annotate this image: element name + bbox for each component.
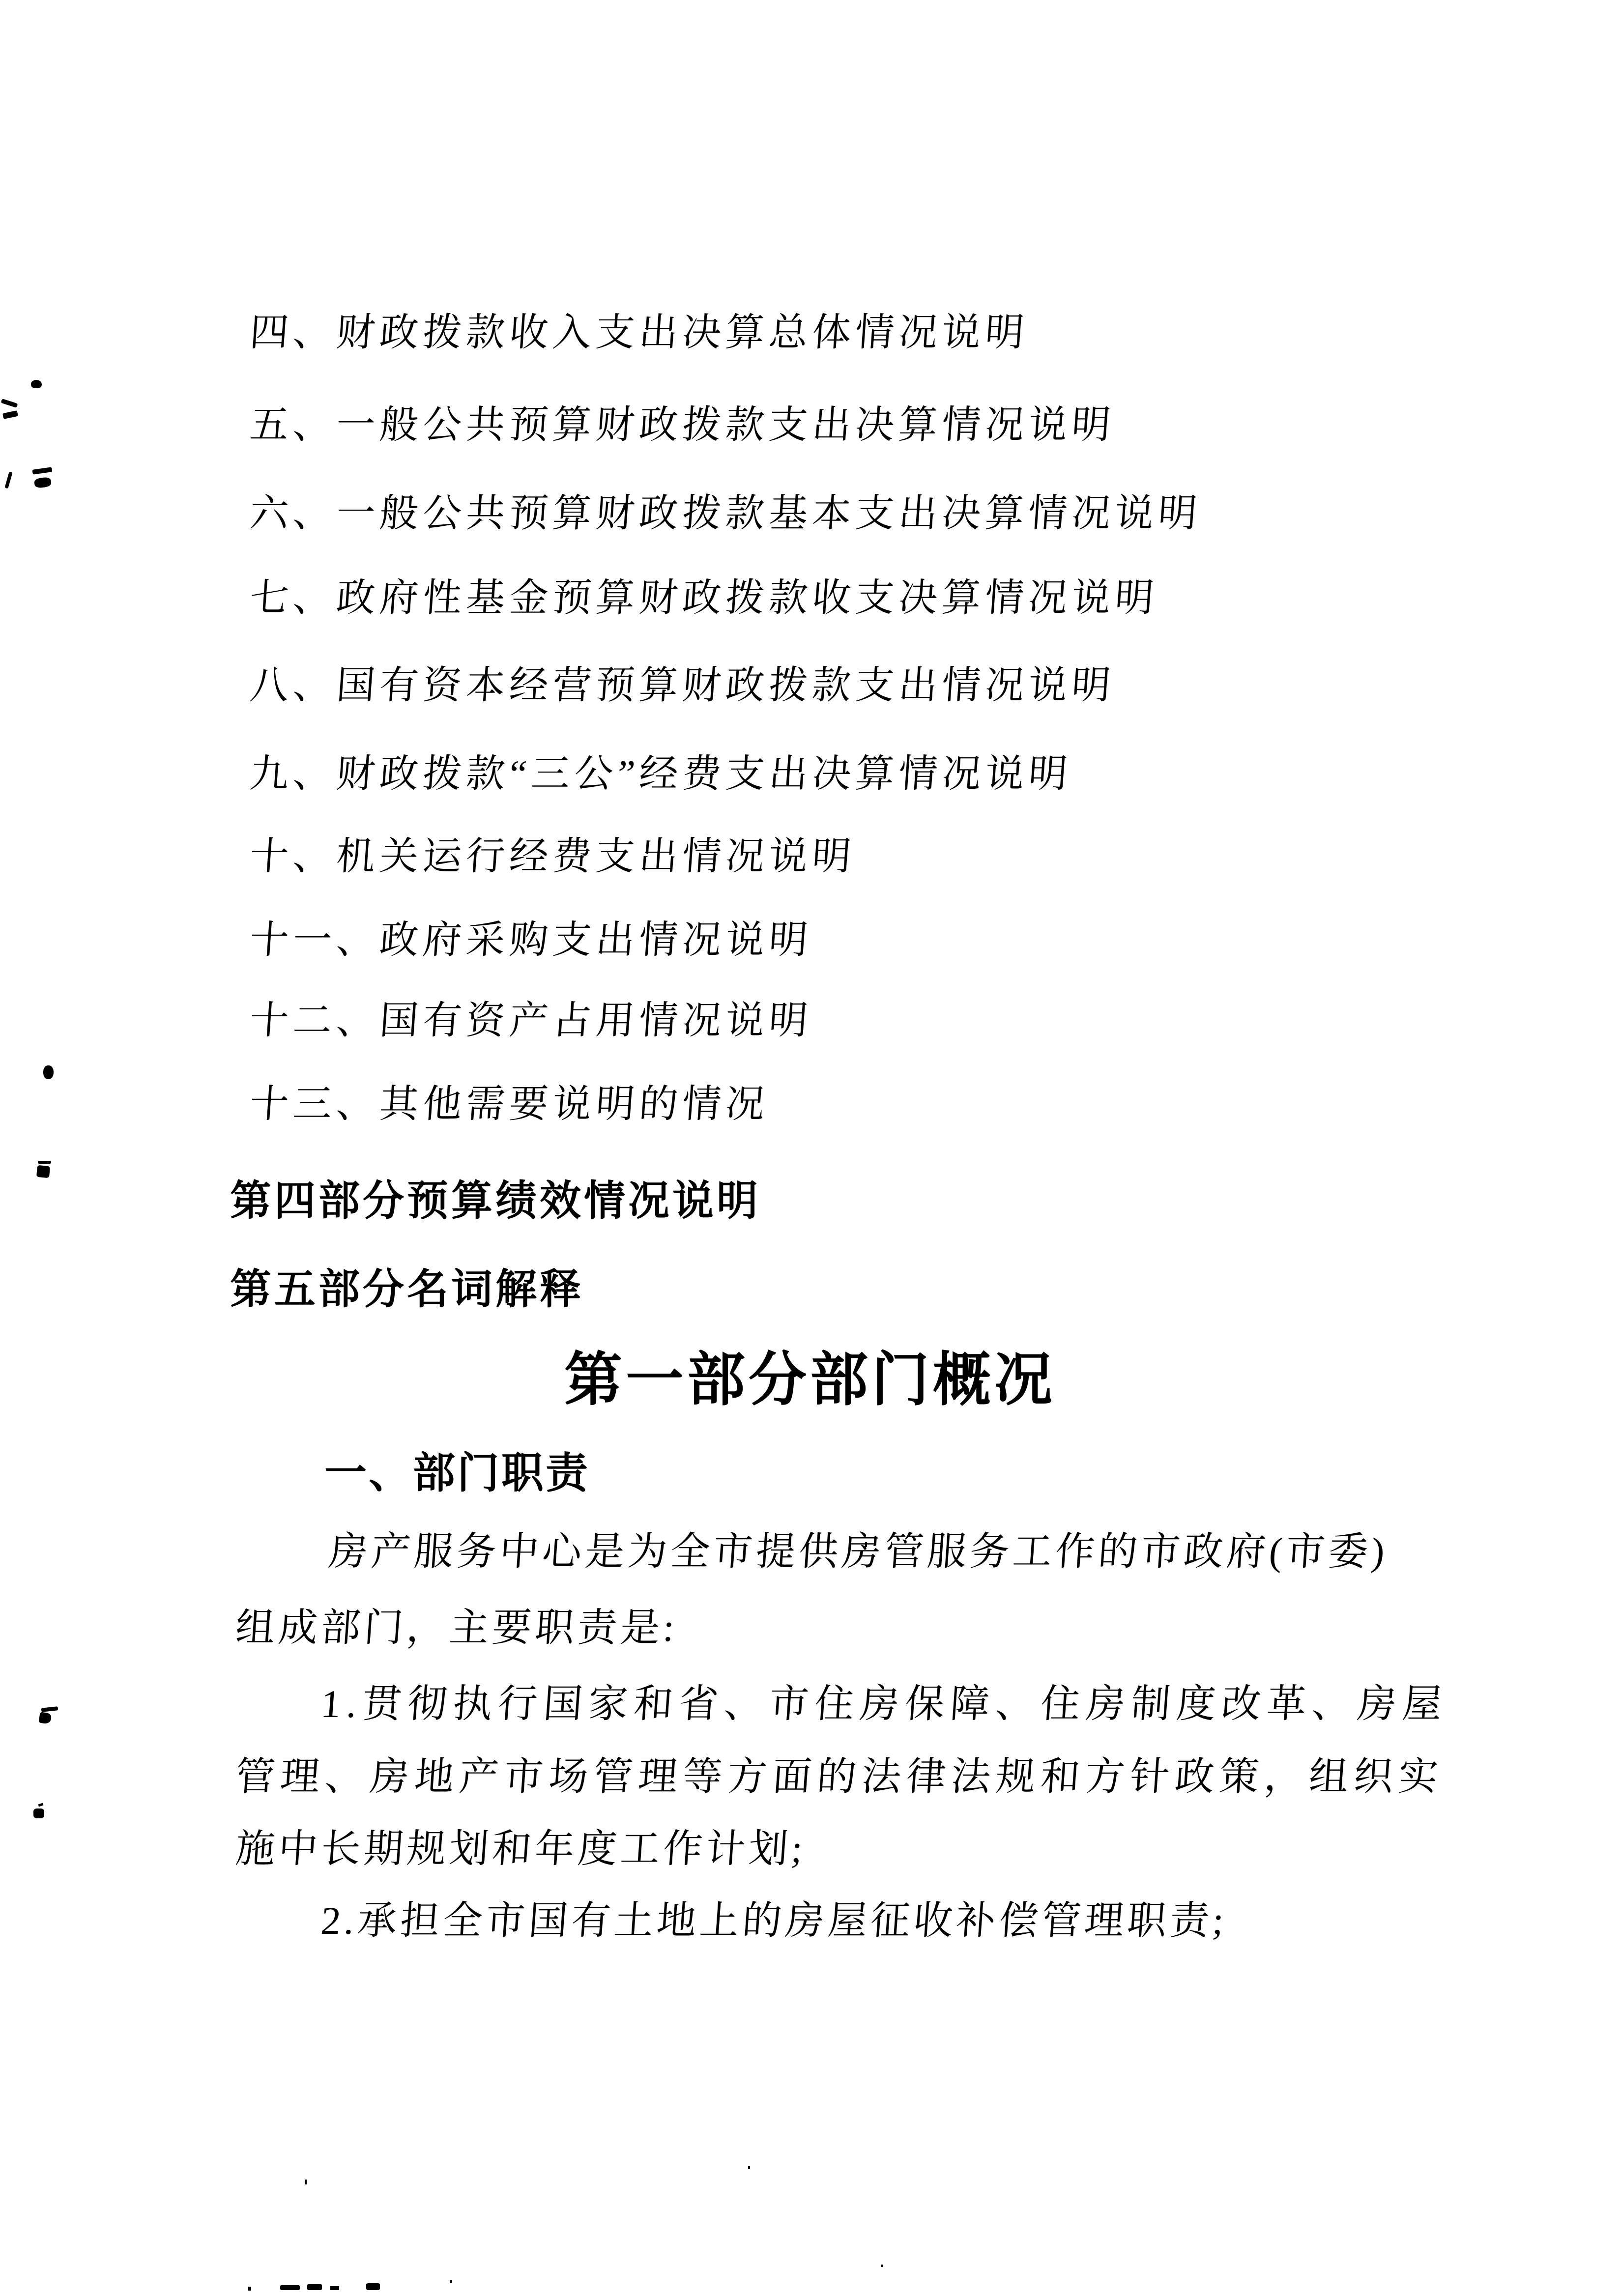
scan-artifact — [865, 1542, 867, 1547]
scan-artifact — [748, 2166, 750, 2169]
paragraph-line: 2.承担全市国有土地上的房屋征收补偿管理职责; — [319, 1889, 1229, 1945]
toc-item-5: 五、一般公共预算财政拨款支出决算情况说明 — [248, 393, 1117, 449]
toc-item-9: 九、财政拨款“三公”经费支出决算情况说明 — [248, 742, 1074, 798]
paragraph-line: 组成部门，主要职责是: — [234, 1596, 680, 1652]
scan-artifact — [0, 399, 18, 408]
scan-artifact — [43, 1065, 54, 1079]
paragraph-line: 施中长期规划和年度工作计划; — [234, 1817, 808, 1873]
part4-heading: 第四部分预算绩效情况说明 — [230, 1168, 761, 1227]
scan-artifact — [39, 1712, 52, 1724]
paragraph-line: 管理、房地产市场管理等方面的法律法规和方针政策，组织实 — [234, 1745, 1446, 1801]
scan-artifact — [2, 410, 18, 419]
scan-artifact — [366, 2283, 380, 2290]
scan-artifact — [34, 477, 52, 488]
scan-artifact — [450, 2280, 452, 2283]
toc-item-7: 七、政府性基金预算财政拨款收支决算情况说明 — [248, 566, 1160, 622]
scan-artifact — [33, 1808, 44, 1818]
subsection-heading: 一、部门职责 — [324, 1439, 590, 1500]
toc-item-6: 六、一般公共预算财政拨款基本支出决算情况说明 — [248, 482, 1204, 538]
scan-artifact — [4, 472, 12, 489]
scan-artifact — [38, 1803, 43, 1807]
page-title: 第一部分部门概况 — [0, 1333, 1620, 1416]
scan-artifact — [881, 2265, 883, 2267]
scan-artifact — [38, 1161, 51, 1164]
paragraph-line: 1.贯彻执行国家和省、市住房保障、住房制度改革、房屋 — [319, 1672, 1450, 1728]
scanned-document-page: 四、财政拨款收入支出决算总体情况说明 五、一般公共预算财政拨款支出决算情况说明 … — [0, 0, 1620, 2296]
toc-item-10: 十、机关运行经费支出情况说明 — [248, 825, 858, 881]
toc-item-8: 八、国有资本经营预算财政拨款支出情况说明 — [248, 654, 1117, 710]
scan-artifact — [307, 2284, 322, 2290]
scan-artifact — [248, 2287, 251, 2291]
toc-item-13: 十三、其他需要说明的情况 — [248, 1072, 771, 1128]
scan-artifact — [280, 2285, 300, 2290]
scan-artifact — [330, 2286, 339, 2290]
scan-artifact — [31, 380, 42, 388]
toc-item-4: 四、财政拨款收入支出决算总体情况说明 — [248, 301, 1031, 357]
scan-artifact — [36, 1165, 50, 1178]
toc-item-11: 十一、政府采购支出情况说明 — [248, 908, 814, 964]
scan-artifact — [32, 467, 52, 474]
part5-heading: 第五部分名词解释 — [230, 1256, 584, 1316]
scan-artifact — [305, 2180, 307, 2184]
scan-artifact — [41, 1706, 58, 1712]
paragraph-line: 房产服务中心是为全市提供房管服务工作的市政府(市委) — [327, 1520, 1390, 1576]
toc-item-12: 十二、国有资产占用情况说明 — [248, 989, 814, 1045]
